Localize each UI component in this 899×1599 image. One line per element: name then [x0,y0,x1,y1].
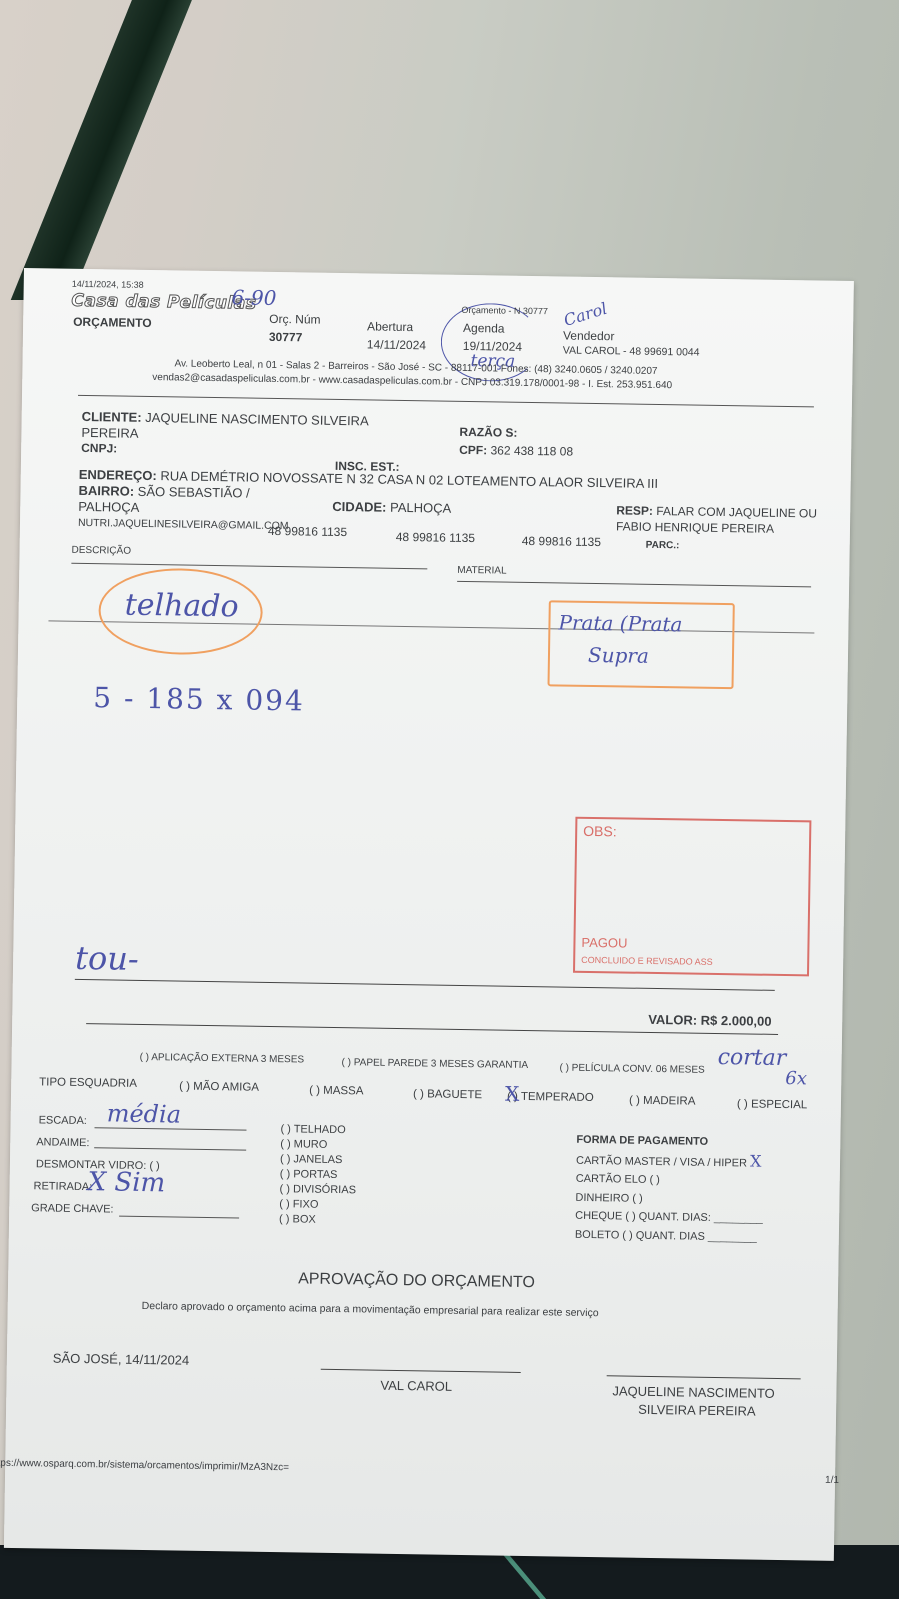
concluido-label: CONCLUIDO E REVISADO ASS [581,955,713,967]
cartao-check-mark: X [750,1151,762,1170]
client-email: NUTRI.JAQUELINESILVEIRA@GMAIL.COM [78,517,289,532]
retirada-label: RETIRADA: [33,1180,92,1193]
client-phone-2: 48 99816 1135 [396,530,475,545]
razao-label: RAZÃO S: [459,425,517,440]
approval-declaration: Declaro aprovado o orçamento acima para … [142,1300,599,1319]
resp-value: FALAR COM JAQUELINE OU [656,504,817,521]
endereco-label: ENDEREÇO: [79,467,157,483]
descricao-label: DESCRIÇÃO [71,545,131,557]
abertura-label: Abertura [367,319,413,334]
pagamento-boleto[interactable]: BOLETO ( ) QUANT. DIAS ________ [575,1225,763,1246]
handwritten-material-1: Prata (Prata [558,610,682,636]
local-box[interactable]: ( ) BOX [279,1212,356,1228]
client-sign-name-2: SILVEIRA PEREIRA [638,1402,756,1419]
garantia-papel: ( ) PAPEL PAREDE 3 MESES GARANTIA [341,1057,528,1071]
cliente-name: JAQUELINE NASCIMENTO SILVEIRA [145,410,369,429]
orcamento-ref: Orçamento - N 30777 [461,305,548,316]
seller-name: VAL CAROL [380,1378,452,1394]
cpf-label: CPF: [459,443,487,457]
approval-place-date: SÃO JOSÉ, 14/11/2024 [53,1351,190,1368]
cliente-name-cont: PEREIRA [81,425,138,441]
bairro-value: SÃO SEBASTIÃO / [138,484,250,501]
garantia-aplicacao: ( ) APLICAÇÃO EXTERNA 3 MESES [140,1052,305,1066]
handwritten-retirada: X Sim [87,1167,165,1198]
material-label: MATERIAL [457,565,506,577]
pagamento-cheque[interactable]: CHEQUE ( ) QUANT. DIAS: ________ [575,1207,763,1228]
vendedor: VAL CAROL - 48 99691 0044 [563,344,700,358]
cidade-value: PALHOÇA [390,500,451,516]
local-portas[interactable]: ( ) PORTAS [280,1167,357,1183]
local-divisorias[interactable]: ( ) DIVISÓRIAS [279,1182,356,1198]
cidade-line: CIDADE: PALHOÇA [332,499,451,516]
agenda-label: Agenda [463,321,505,336]
handwritten-top-note: 6-90 [231,285,276,310]
abertura-date: 14/11/2024 [367,337,426,352]
bairro-line: BAIRRO: SÃO SEBASTIÃO / [78,483,249,501]
esquadria-madeira[interactable]: ( ) MADEIRA [629,1095,696,1108]
esquadria-especial[interactable]: ( ) ESPECIAL [737,1098,807,1111]
pagamento-section: FORMA DE PAGAMENTO CARTÃO MASTER / VISA … [575,1131,764,1247]
escada-label: ESCADA: [39,1114,87,1127]
handwritten-cortar: cortar [717,1045,786,1071]
handwritten-signature: tou- [75,939,139,978]
handwritten-descricao: telhado [124,588,238,625]
esquadria-label: TIPO ESQUADRIA [39,1076,137,1090]
grade-chave-label: GRADE CHAVE: [31,1202,113,1215]
client-phone-3: 48 99816 1135 [522,534,601,549]
valor-total: VALOR: R$ 2.000,00 [648,1012,772,1029]
local-muro[interactable]: ( ) MURO [280,1137,357,1153]
quote-document: 14/11/2024, 15:38 Casa das Películas 6-9… [4,268,854,1561]
background-glass-frame [11,0,200,300]
pagamento-title: FORMA DE PAGAMENTO [576,1131,764,1152]
cidade-label: CIDADE: [332,499,386,515]
bairro-label: BAIRRO: [78,483,134,499]
local-fixo[interactable]: ( ) FIXO [279,1197,356,1213]
handwritten-measure: 5 - 185 x 094 [93,681,305,717]
cnpj-label: CNPJ: [81,441,117,456]
esquadria-mao-amiga[interactable]: ( ) MÃO AMIGA [179,1081,259,1094]
handwritten-escada: média [107,1099,182,1128]
footer-page: 1/1 [825,1475,839,1486]
client-phone-1: 48 99816 1135 [268,524,347,539]
descricao-underline [71,563,427,570]
client-sign-name-1: JAQUELINE NASCIMENTO [612,1383,775,1401]
cliente-label: CLIENTE: [82,409,142,425]
temperado-check-mark: X [505,1082,520,1106]
esquadria-baguete[interactable]: ( ) BAGUETE [413,1088,482,1101]
approval-title: APROVAÇÃO DO ORÇAMENTO [298,1270,535,1292]
bairro-value-cont: PALHOÇA [78,499,139,515]
printed-timestamp: 14/11/2024, 15:38 [72,279,144,290]
handwritten-material-2: Supra [588,643,649,668]
garantia-pelicula: ( ) PELÍCULA CONV. 06 MESES [559,1063,704,1076]
parc-label: PARC.: [646,540,680,552]
divider [78,395,814,408]
signature-line [75,979,775,991]
client-sign-line [607,1375,801,1379]
material-underline [457,581,811,588]
resp-label: RESP: [616,503,653,518]
pagamento-cartao-master[interactable]: CARTÃO MASTER / VISA / HIPER X [576,1149,764,1172]
doc-type: ORÇAMENTO [73,315,152,330]
obs-label: OBS: [583,823,617,840]
pagamento-cartao-elo[interactable]: CARTÃO ELO ( ) [576,1170,764,1191]
orc-num: 30777 [269,330,303,345]
obs-box: OBS: PAGOU CONCLUIDO E REVISADO ASS [573,817,811,977]
resp-value-cont: FABIO HENRIQUE PEREIRA [616,519,774,535]
handwritten-cortar-qty: 6x [785,1068,807,1089]
andaime-underline [94,1147,246,1150]
local-telhado[interactable]: ( ) TELHADO [280,1122,357,1138]
cpf-line: CPF: 362 438 118 08 [459,443,573,459]
pagamento-cartao-master-label: CARTÃO MASTER / VISA / HIPER [576,1154,747,1169]
esquadria-temperado[interactable]: ( ) TEMPERADO [507,1091,594,1104]
esquadria-massa[interactable]: ( ) MASSA [309,1085,363,1098]
andaime-label: ANDAIME: [36,1136,89,1149]
pagou-label: PAGOU [581,935,627,951]
local-janelas[interactable]: ( ) JANELAS [280,1152,357,1168]
orc-num-label: Orç. Núm [269,312,321,327]
seller-sign-line [321,1369,521,1373]
grade-underline [119,1216,239,1219]
cpf-value: 362 438 118 08 [490,443,573,458]
locais-list: ( ) TELHADO ( ) MURO ( ) JANELAS ( ) POR… [279,1122,357,1228]
vendedor-label: Vendedor [563,328,615,343]
handwritten-vendedor-note: Carol [562,299,610,330]
resp-line: RESP: FALAR COM JAQUELINE OU [616,503,817,520]
footer-url: https://www.osparq.com.br/sistema/orcame… [0,1458,289,1474]
company-logo: Casa das Películas [71,291,256,314]
